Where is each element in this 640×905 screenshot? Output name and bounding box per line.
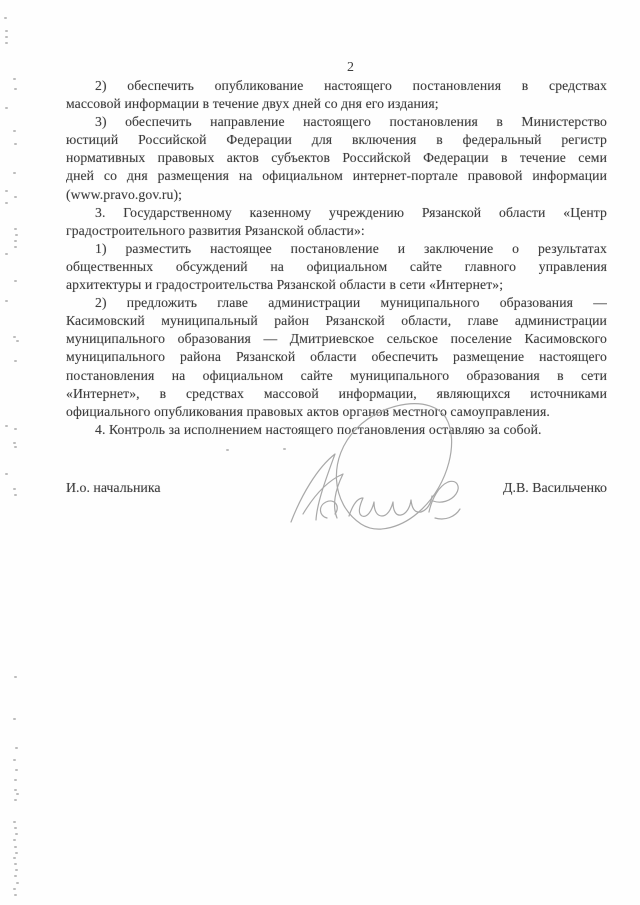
scan-artifact [14, 863, 17, 865]
scan-artifact [15, 833, 18, 835]
scan-artifact [15, 869, 18, 871]
scan-artifact [14, 228, 17, 230]
paragraph-propose-municipal: 2) предложить главе администрации муници… [66, 294, 607, 421]
scan-artifact [14, 143, 17, 145]
scan-artifact [14, 676, 17, 678]
text-line: Касимовский муниципальный район Рязанско… [66, 312, 607, 330]
scan-artifact [14, 827, 17, 829]
scan-artifact [14, 846, 17, 848]
scan-artifact [5, 473, 8, 475]
scanned-document-page: 2 2) обеспечить опубликование настоящего… [0, 0, 640, 905]
paragraph-control: 4. Контроль за исполнением настоящего по… [66, 421, 607, 439]
text-line: (www.pravo.gov.ru); [66, 186, 607, 204]
text-line: градостроительного развития Рязанской об… [66, 222, 607, 240]
scan-artifact [16, 882, 19, 884]
text-line: массовой информации в течение двух дней … [66, 95, 607, 113]
scan-artifact [15, 747, 18, 749]
page-number: 2 [66, 59, 607, 77]
scan-artifact [14, 196, 17, 198]
text-line: 3) обеспечить направление настоящего пос… [66, 113, 607, 131]
scan-artifact [13, 172, 16, 174]
paragraph-send-ministry: 3) обеспечить направление настоящего пос… [66, 113, 607, 203]
scan-artifact [14, 799, 17, 801]
scan-artifact [14, 246, 17, 248]
text-line: дней со дня размещения на официальном ин… [66, 167, 607, 185]
scan-artifact [13, 821, 16, 823]
scan-artifact [13, 857, 16, 859]
scan-artifact [16, 340, 19, 342]
text-line: 1) разместить настоящее постановление и … [66, 240, 607, 258]
text-line: нормативных правовых актов субъектов Рос… [66, 149, 607, 167]
scan-artifact [13, 759, 16, 761]
scan-artifact [15, 234, 18, 236]
paragraph-state-institution: 3. Государственному казенному учреждению… [66, 204, 607, 240]
scan-artifact [14, 446, 17, 448]
document-body: 2 2) обеспечить опубликование настоящего… [66, 59, 607, 439]
signer-title: И.о. начальника [66, 480, 161, 498]
scan-artifact [13, 78, 16, 80]
text-line: 3. Государственному казенному учреждению… [66, 204, 607, 222]
text-line: юстиций Российской Федерации для включен… [66, 131, 607, 149]
scan-artifact [14, 494, 17, 496]
paragraph-publish-media: 2) обеспечить опубликование настоящего п… [66, 77, 607, 113]
text-line: постановления на официальном сайте муниц… [66, 367, 607, 385]
text-line: архитектуры и градостроительства Рязанск… [66, 276, 607, 294]
scan-artifact [5, 202, 8, 204]
text-line: 2) предложить главе администрации муници… [66, 294, 607, 312]
scan-artifact [14, 875, 17, 877]
scan-artifact [13, 336, 16, 338]
scan-artifact [226, 449, 229, 451]
scan-artifact [13, 130, 16, 132]
scan-artifact [14, 428, 17, 430]
scan-artifact [5, 42, 8, 44]
scan-artifact [16, 793, 19, 795]
scan-artifact [5, 30, 8, 32]
text-line: 2) обеспечить опубликование настоящего п… [66, 77, 607, 95]
scan-artifact [14, 779, 17, 781]
scan-artifact [13, 839, 16, 841]
scan-artifact [5, 36, 8, 38]
scan-artifact [14, 894, 17, 896]
scan-artifact [283, 448, 286, 450]
scan-artifact [15, 852, 18, 854]
signer-name: Д.В. Васильченко [503, 480, 607, 498]
scan-artifact [14, 88, 17, 90]
scan-artifact [4, 17, 7, 19]
scan-artifact [13, 442, 16, 444]
text-line: 4. Контроль за исполнением настоящего по… [66, 421, 607, 439]
text-line: «Интернет», в средствах массовой информа… [66, 385, 607, 403]
text-line: муниципального образования — Дмитриевско… [66, 330, 607, 348]
scan-artifact [5, 190, 8, 192]
scan-artifact [5, 253, 8, 255]
text-line: официального опубликования правовых акто… [66, 403, 607, 421]
scan-artifact [14, 280, 17, 282]
signature-block: И.о. начальника Д.В. Васильченко [66, 480, 607, 498]
scan-artifact [15, 769, 18, 771]
paragraph-post-on-site: 1) разместить настоящее постановление и … [66, 240, 607, 294]
text-line: общественных обсуждений на официальном с… [66, 258, 607, 276]
text-line: муниципального района Рязанской области … [66, 348, 607, 366]
scan-artifact [5, 425, 8, 427]
scan-artifact [5, 107, 8, 109]
scan-artifact [13, 888, 16, 890]
scan-artifact [14, 789, 17, 791]
scan-artifact [13, 718, 16, 720]
scan-artifact [5, 300, 8, 302]
scan-artifact [14, 240, 17, 242]
scan-artifact [13, 488, 16, 490]
scan-artifact [14, 360, 17, 362]
